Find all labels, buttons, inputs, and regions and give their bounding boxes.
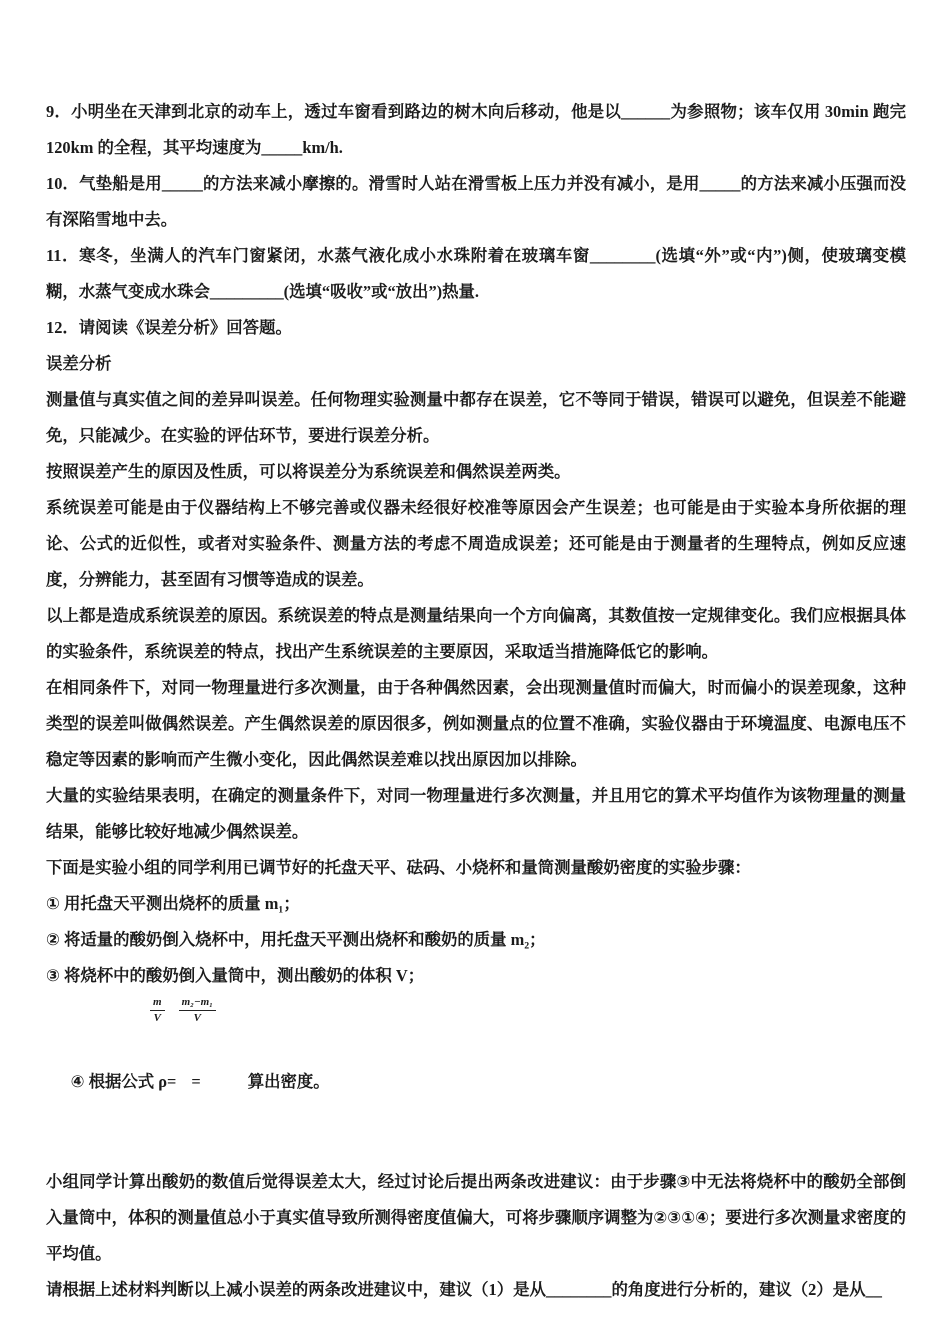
fraction-denominator: V bbox=[194, 1011, 201, 1025]
fraction-denominator: V bbox=[154, 1011, 161, 1025]
step-4-prefix: ④ 根据公式 ρ= bbox=[71, 1072, 177, 1091]
reading-paragraph-4: 以上都是造成系统误差的原因。系统误差的特点是测量结果向一个方向偏离，其数值按一定… bbox=[46, 598, 906, 670]
question-11: 11．寒冬，坐满人的汽车门窗紧闭，水蒸气液化成小水珠附着在玻璃车窗_______… bbox=[46, 238, 906, 310]
reading-paragraph-3: 系统误差可能是由于仪器结构上不够完善或仪器未经很好校准等原因会产生误差；也可能是… bbox=[46, 490, 906, 598]
fraction-numerator: m bbox=[150, 996, 165, 1011]
exam-document-page: 9．小明坐在天津到北京的动车上，透过车窗看到路边的树木向后移动，他是以_____… bbox=[0, 0, 950, 1344]
experiment-step-4: ④ 根据公式 ρ==算出密度。 bbox=[46, 1028, 906, 1136]
reading-paragraph-1: 测量值与真实值之间的差异叫误差。任何物理实验测量中都存在误差，它不等同于错误，错… bbox=[46, 382, 906, 454]
experiment-step-3: ③ 将烧杯中的酸奶倒入量筒中，测出酸奶的体积 V； bbox=[46, 958, 906, 994]
document-body: 9．小明坐在天津到北京的动车上，透过车窗看到路边的树木向后移动，他是以_____… bbox=[46, 94, 906, 1308]
reading-paragraph-5: 在相同条件下，对同一物理量进行多次测量，由于各种偶然因素，会出现测量值时而偏大，… bbox=[46, 670, 906, 778]
question-10: 10．气垫船是用_____的方法来减小摩擦的。滑雪时人站在滑雪板上压力并没有减小… bbox=[46, 166, 906, 238]
reading-paragraph-7: 下面是实验小组的同学利用已调节好的托盘天平、砝码、小烧杯和量筒测量酸奶密度的实验… bbox=[46, 850, 906, 886]
closing-paragraph-2: 请根据上述材料判断以上减小误差的两条改进建议中，建议（1）是从________的… bbox=[46, 1272, 906, 1308]
step-4-equals-sign: = bbox=[191, 1072, 200, 1091]
fraction-m2-minus-m1-over-v: m₂−m₁ V bbox=[179, 996, 216, 1025]
fraction-m-over-v: m V bbox=[150, 996, 165, 1025]
question-12-intro: 12．请阅读《误差分析》回答题。 bbox=[46, 310, 906, 346]
fraction-numerator: m₂−m₁ bbox=[179, 996, 216, 1011]
closing-paragraph-1: 小组同学计算出酸奶的数值后觉得误差太大，经过讨论后提出两条改进建议：由于步骤③中… bbox=[46, 1164, 906, 1272]
experiment-step-1: ① 用托盘天平测出烧杯的质量 m₁； bbox=[46, 886, 906, 922]
step-4-suffix: 算出密度。 bbox=[248, 1072, 330, 1091]
experiment-step-2: ② 将适量的酸奶倒入烧杯中，用托盘天平测出烧杯和酸奶的质量 m₂； bbox=[46, 922, 906, 958]
reading-paragraph-6: 大量的实验结果表明，在确定的测量条件下，对同一物理量进行多次测量，并且用它的算术… bbox=[46, 778, 906, 850]
question-9: 9．小明坐在天津到北京的动车上，透过车窗看到路边的树木向后移动，他是以_____… bbox=[46, 94, 906, 166]
reading-paragraph-2: 按照误差产生的原因及性质，可以将误差分为系统误差和偶然误差两类。 bbox=[46, 454, 906, 490]
reading-heading: 误差分析 bbox=[46, 346, 906, 382]
density-formula-fractions: m V m₂−m₁ V bbox=[150, 994, 906, 1028]
